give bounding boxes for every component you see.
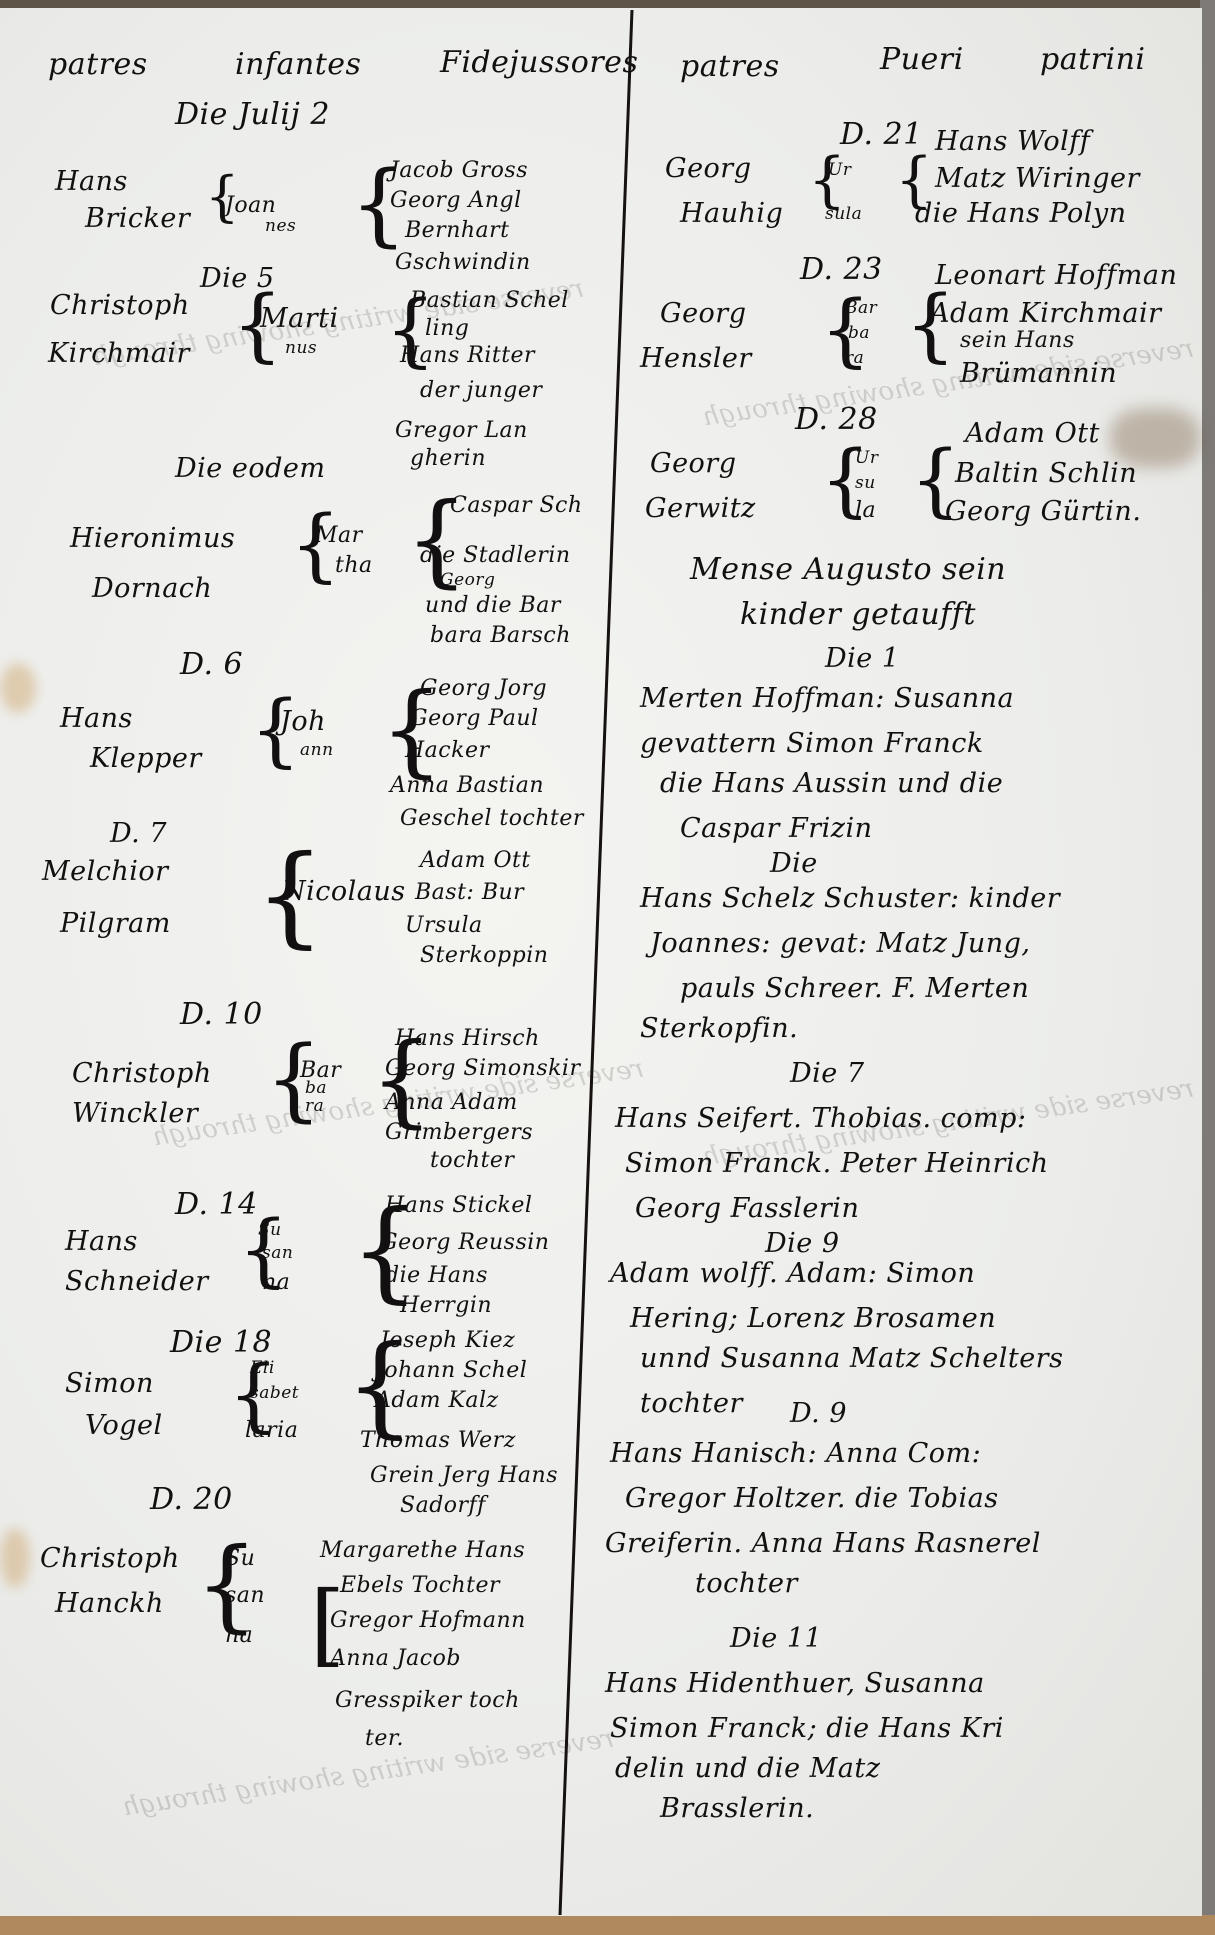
child-name-cont: na: [225, 1625, 253, 1647]
entry-line: Hans Hanisch: Anna Com:: [610, 1440, 981, 1467]
entry-date: Die 1: [825, 645, 900, 672]
father-name: Georg: [665, 155, 752, 182]
father-name: Georg: [660, 300, 747, 327]
father-surname: Klepper: [90, 745, 202, 772]
godparent: Georg Jorg: [420, 678, 547, 700]
child-name-cont: nus: [285, 340, 317, 357]
child-name: Mar: [315, 525, 363, 547]
godparent: Gregor Hofmann: [330, 1610, 526, 1632]
child-name-cont: na: [262, 1272, 290, 1294]
scan-frame-right: [1200, 0, 1215, 1935]
child-name: Su: [225, 1548, 255, 1570]
godparent: Bastian Schel: [410, 290, 569, 312]
godparent: Bernhart: [405, 220, 510, 242]
child-name-cont: la: [855, 500, 876, 522]
father-name: Hieronimus: [70, 525, 235, 552]
entry-line: pauls Schreer. F. Merten: [680, 975, 1029, 1002]
child-name: Eli: [250, 1360, 275, 1377]
child-name: Su: [258, 1222, 282, 1239]
godparent: die Hans: [385, 1265, 488, 1287]
scan-frame-bottom: [0, 1915, 1215, 1935]
father-surname: Dornach: [92, 575, 212, 602]
godparent: Adam Kalz: [375, 1390, 499, 1412]
godparent: gherin: [410, 448, 486, 470]
godparent: Geschel tochter: [400, 808, 584, 830]
godparent: Georg Gürtin.: [945, 498, 1141, 525]
father-name: Christoph: [72, 1060, 212, 1087]
godparent: Anna Jacob: [330, 1648, 461, 1670]
godparent: der junger: [420, 380, 542, 402]
godparent: Georg Angl: [390, 190, 522, 212]
godparent: Leonart Hoffman: [935, 262, 1177, 289]
father-name: Hans: [60, 705, 133, 732]
child-name-cont: sabet: [250, 1385, 299, 1402]
godparent: Brümannin: [960, 360, 1117, 387]
godparent: tochter: [430, 1150, 514, 1172]
month-heading-july: Die Julij 2: [175, 100, 330, 130]
godparent: Ursula: [405, 915, 483, 937]
godparent: die Hans Polyn: [915, 200, 1127, 227]
month-heading-line: Mense Augusto sein: [690, 555, 1006, 585]
child-name-cont: ba: [848, 325, 870, 342]
child-name-cont: nes: [265, 218, 296, 235]
godparent: Johann Schel: [375, 1360, 527, 1382]
entry-line: delin und die Matz: [615, 1755, 880, 1782]
father-surname: Hensler: [640, 345, 752, 372]
entry-date: Die: [770, 850, 818, 877]
godparent: Margarethe Hans: [320, 1540, 525, 1562]
godparent: Sterkoppin: [420, 945, 548, 967]
brace-icon: {: [808, 150, 846, 210]
entry-line: Greiferin. Anna Hans Rasnerel: [605, 1530, 1041, 1557]
entry-line: gevattern Simon Franck: [640, 730, 984, 757]
header-pueri: Pueri: [880, 45, 964, 75]
entry-date: D. 6: [180, 650, 243, 680]
father-surname: Gerwitz: [645, 495, 756, 522]
godparent: Matz Wiringer: [935, 165, 1140, 192]
entry-line: Merten Hoffman: Susanna: [640, 685, 1014, 712]
godparent: Adam Kirchmair: [930, 300, 1162, 327]
entry-date: Die eodem: [175, 455, 325, 482]
father-name: Melchior: [42, 858, 169, 885]
entry-line: tochter: [640, 1390, 743, 1417]
godparent: Hans Stickel: [385, 1195, 532, 1217]
father-surname: Hauhig: [680, 200, 783, 227]
godparent: Grimbergers: [385, 1122, 533, 1144]
entry-line: tochter: [695, 1570, 798, 1597]
godparent: Anna Bastian: [390, 775, 544, 797]
entry-date: D. 28: [795, 405, 878, 435]
child-name: Ur: [855, 450, 878, 467]
entry-line: unnd Susanna Matz Schelters: [640, 1345, 1063, 1372]
entry-date: Die 7: [790, 1060, 865, 1087]
child-name: Nicolaus: [282, 878, 406, 905]
entry-line: Sterkopfin.: [640, 1015, 798, 1042]
godparent: Hans Hirsch: [395, 1028, 540, 1050]
month-heading-line: kinder getaufft: [740, 600, 976, 630]
godparent: Georg Simonskir: [385, 1058, 581, 1080]
godparent: Gschwindin: [395, 252, 531, 274]
godparent: Georg Paul: [410, 708, 539, 730]
father-name: Simon: [65, 1370, 154, 1397]
entry-line: Caspar Frizin: [680, 815, 873, 842]
godparent: die Stadlerin: [420, 545, 571, 567]
godparent: Sadorff: [400, 1495, 486, 1517]
entry-date: Die 11: [730, 1625, 822, 1652]
entry-date: D. 9: [790, 1400, 847, 1427]
father-name: Hans: [55, 168, 128, 195]
child-name-cont: laria: [245, 1420, 298, 1442]
header-patrini: patrini: [1040, 45, 1146, 75]
godparent: Anna Adam: [385, 1092, 518, 1114]
entry-date: D. 7: [110, 820, 167, 847]
entry-line: Hans Hidenthuer, Susanna: [605, 1670, 985, 1697]
entry-line: die Hans Aussin und die: [660, 770, 1003, 797]
godparent: Grein Jerg Hans: [370, 1465, 558, 1487]
father-name: Georg: [650, 450, 737, 477]
child-name-cont: san: [262, 1245, 293, 1262]
entry-line: Joannes: gevat: Matz Jung,: [650, 930, 1030, 957]
child-name-cont: su: [855, 475, 876, 492]
child-name: Bar: [845, 300, 877, 317]
godparent: Thomas Werz: [360, 1430, 516, 1452]
godparent: Hans Wolff: [935, 128, 1090, 155]
godparent: und die Bar: [425, 595, 561, 617]
header-patres-right: patres: [680, 52, 780, 82]
child-name-cont: ann: [300, 742, 334, 759]
entry-line: Simon Franck; die Hans Kri: [610, 1715, 1004, 1742]
godparent: Herrgin: [400, 1295, 492, 1317]
godparent: Baltin Schlin: [955, 460, 1137, 487]
father-surname: Winckler: [72, 1100, 198, 1127]
header-fidejussores: Fidejussores: [440, 48, 638, 78]
child-name-cont: ra: [845, 350, 864, 367]
child-name-cont: san: [225, 1585, 265, 1607]
child-name: Marti: [260, 305, 339, 332]
entry-date: D. 20: [150, 1485, 233, 1515]
header-patres-left: patres: [48, 50, 148, 80]
entry-line: Hering; Lorenz Brosamen: [630, 1305, 996, 1332]
godparent: Hans Ritter: [400, 345, 535, 367]
godparent: Joseph Kiez: [380, 1330, 515, 1352]
father-surname: Bricker: [85, 205, 190, 232]
entry-date: Die 9: [765, 1230, 840, 1257]
godparent: Bast: Bur: [415, 882, 524, 904]
foxing-stain: [0, 1528, 30, 1588]
child-name-cont: tha: [335, 555, 373, 577]
father-surname: Vogel: [85, 1412, 163, 1439]
father-surname: Schneider: [65, 1268, 209, 1295]
entry-date: D. 23: [800, 255, 883, 285]
father-name: Christoph: [50, 292, 190, 319]
godparent: Adam Ott: [420, 850, 531, 872]
entry-line: Hans Schelz Schuster: kinder: [640, 885, 1060, 912]
child-name-cont: ra: [305, 1098, 324, 1115]
godparent: Gregor Lan: [395, 420, 528, 442]
father-surname: Hanckh: [55, 1590, 164, 1617]
child-name: Joh: [280, 708, 326, 735]
child-name: Joan: [225, 195, 276, 217]
godparent: Hacker: [405, 740, 490, 762]
entry-line: Simon Franck. Peter Heinrich: [625, 1150, 1049, 1177]
father-name: Hans: [65, 1228, 138, 1255]
entry-date: D. 10: [180, 1000, 263, 1030]
header-infantes: infantes: [235, 50, 361, 80]
godparent: Adam Ott: [965, 420, 1100, 447]
child-name-cont: ba: [305, 1080, 327, 1097]
godparent: Caspar Sch: [450, 495, 583, 517]
godparent: Georg: [440, 572, 495, 589]
child-name: Ur: [828, 162, 851, 179]
godparent: Ebels Tochter: [340, 1575, 500, 1597]
godparent: ter.: [365, 1728, 404, 1750]
father-name: Christoph: [40, 1545, 180, 1572]
godparent: sein Hans: [960, 330, 1075, 352]
godparent: Gresspiker toch: [335, 1690, 520, 1712]
godparent: Georg Reussin: [380, 1232, 549, 1254]
father-surname: Kirchmair: [48, 340, 190, 367]
father-surname: Pilgram: [60, 910, 171, 937]
godparent: ling: [425, 318, 469, 340]
godparent: Jacob Gross: [390, 160, 528, 182]
entry-line: Brasslerin.: [660, 1795, 814, 1822]
entry-line: Adam wolff. Adam: Simon: [610, 1260, 975, 1287]
entry-line: Hans Seifert. Thobias. comp:: [615, 1105, 1027, 1132]
child-name-cont: sula: [825, 206, 862, 223]
entry-line: Gregor Holtzer. die Tobias: [625, 1485, 999, 1512]
entry-line: Georg Fasslerin: [635, 1195, 859, 1222]
godparent: bara Barsch: [430, 625, 571, 647]
foxing-stain: [0, 663, 36, 713]
